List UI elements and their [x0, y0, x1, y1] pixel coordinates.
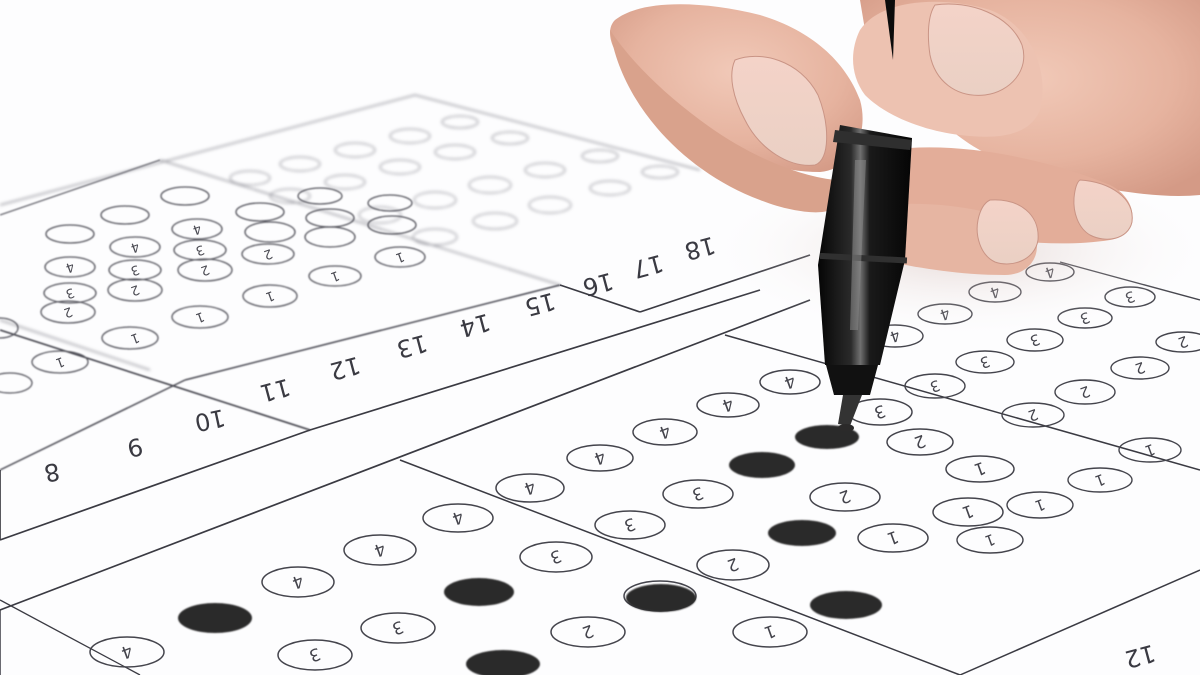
- filled-bubble: [444, 578, 514, 606]
- filled-bubble: [178, 603, 252, 633]
- filled-bubble: [768, 520, 836, 546]
- filled-bubble: [729, 452, 795, 478]
- filled-bubble: [810, 591, 882, 619]
- answer-sheet-illustration: 1 1 1 1 1 2 2 2 2 3 3 3 4 4 4 1 8: [0, 0, 1200, 675]
- answer-sheet-photo: Hand filling in a multiple-choice answer…: [0, 0, 1200, 675]
- filled-bubble: [626, 584, 696, 612]
